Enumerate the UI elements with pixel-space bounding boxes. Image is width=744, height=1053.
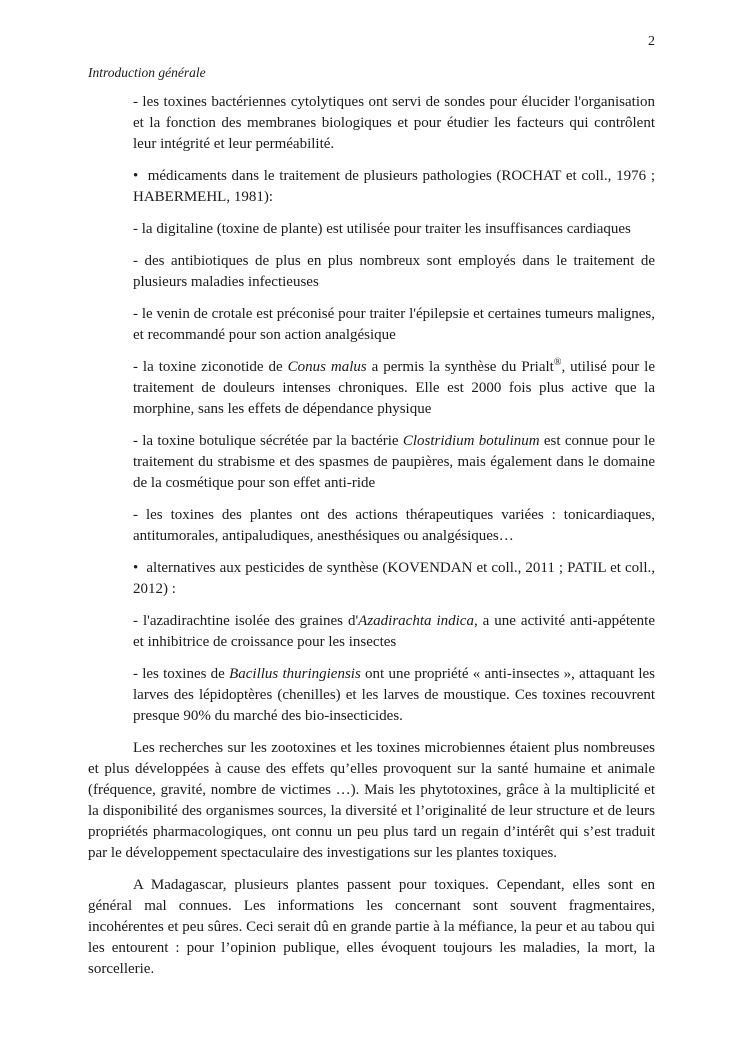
text-segment: Conus malus (288, 359, 367, 375)
text-segment: a permis la synthèse du Prialt (367, 359, 554, 375)
bullet-glyph: • (133, 168, 148, 184)
paragraph-dash-item: - l'azadirachtine isolée des graines d'A… (133, 611, 655, 653)
text-segment: A Madagascar, plusieurs plantes passent … (88, 877, 655, 977)
bullet-glyph: • (133, 560, 146, 576)
paragraph-dash-item: - la toxine ziconotide de Conus malus a … (133, 357, 655, 420)
text-segment: - les toxines bactériennes cytolytiques … (133, 94, 655, 152)
text-segment: - les toxines des plantes ont des action… (133, 507, 655, 544)
document-page: 2 Introduction générale - les toxines ba… (0, 0, 744, 1053)
text-segment: - le venin de crotale est préconisé pour… (133, 306, 655, 343)
text-segment: - la toxine botulique sécrétée par la ba… (133, 433, 403, 449)
text-segment: Les recherches sur les zootoxines et les… (88, 740, 655, 861)
document-body: - les toxines bactériennes cytolytiques … (88, 92, 655, 980)
paragraph-dash-item: - le venin de crotale est préconisé pour… (133, 304, 655, 346)
paragraph-body: Les recherches sur les zootoxines et les… (88, 738, 655, 864)
paragraph-bullet-item: • alternatives aux pesticides de synthès… (133, 558, 655, 600)
text-segment: médicaments dans le traitement de plusie… (133, 168, 655, 205)
paragraph-dash-item: - des antibiotiques de plus en plus nomb… (133, 251, 655, 293)
paragraph-dash-item: - la digitaline (toxine de plante) est u… (133, 219, 655, 240)
paragraph-dash-item: - les toxines bactériennes cytolytiques … (133, 92, 655, 155)
text-segment: Bacillus thuringiensis (229, 666, 361, 682)
page-number: 2 (88, 33, 655, 51)
text-segment: - des antibiotiques de plus en plus nomb… (133, 253, 655, 290)
text-segment: Azadirachta indica (358, 613, 474, 629)
text-segment: - l'azadirachtine isolée des graines d' (133, 613, 358, 629)
text-segment: Clostridium botulinum (403, 433, 540, 449)
text-segment: - la toxine ziconotide de (133, 359, 288, 375)
paragraph-dash-item: - les toxines des plantes ont des action… (133, 505, 655, 547)
text-segment: - la digitaline (toxine de plante) est u… (133, 221, 631, 237)
paragraph-bullet-item: • médicaments dans le traitement de plus… (133, 166, 655, 208)
paragraph-dash-item: - la toxine botulique sécrétée par la ba… (133, 431, 655, 494)
text-segment: alternatives aux pesticides de synthèse … (133, 560, 655, 597)
paragraph-dash-item: - les toxines de Bacillus thuringiensis … (133, 664, 655, 727)
running-header: Introduction générale (88, 64, 655, 81)
paragraph-body: A Madagascar, plusieurs plantes passent … (88, 875, 655, 980)
text-segment: - les toxines de (133, 666, 229, 682)
